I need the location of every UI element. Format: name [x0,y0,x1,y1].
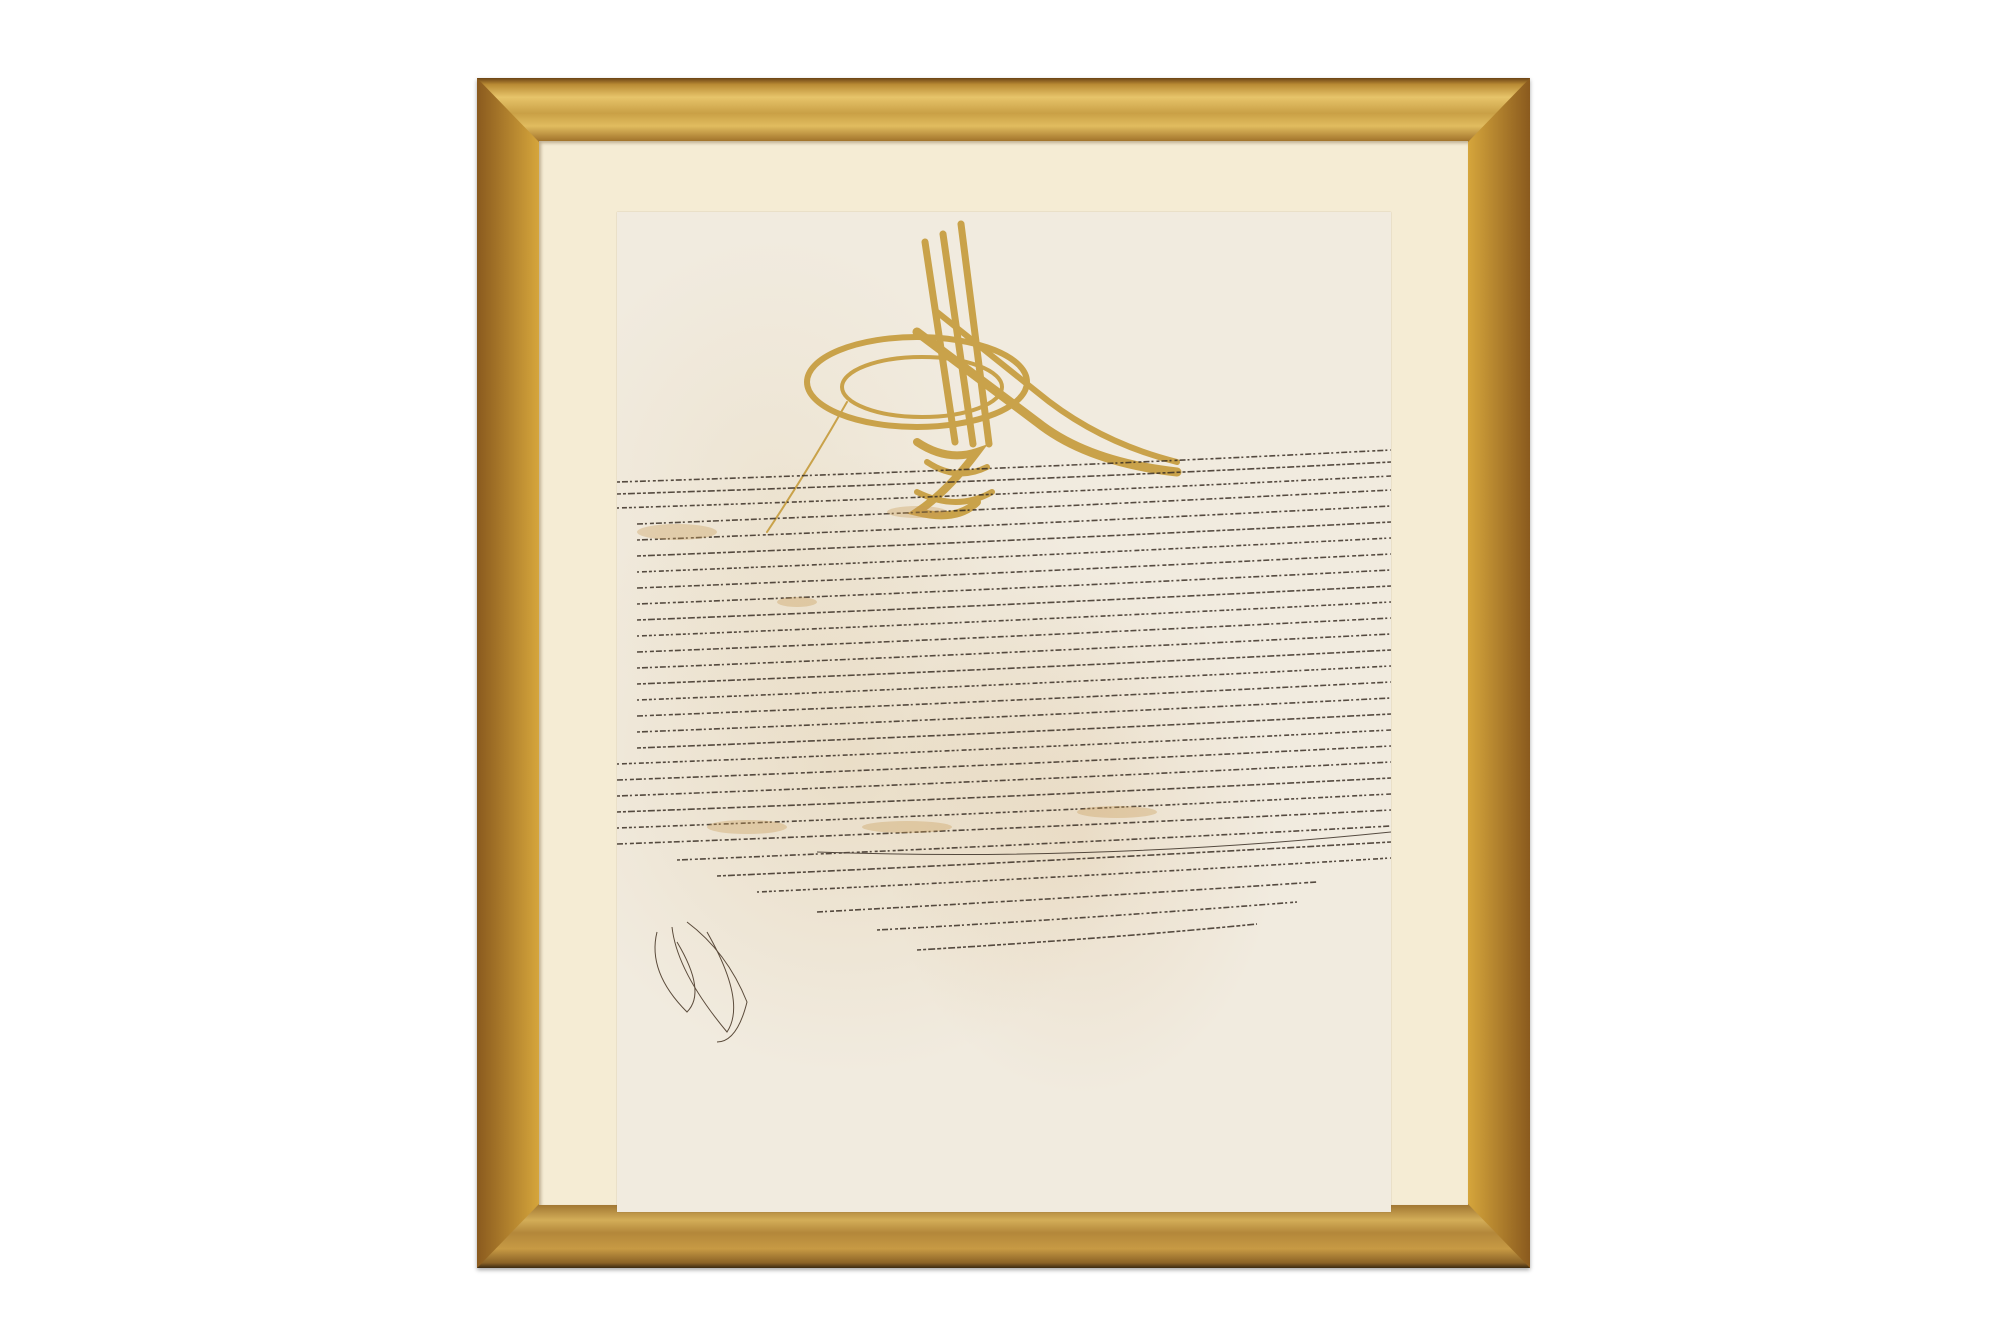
tughra-icon [767,224,1177,532]
frame-bottom-rail [477,1204,1530,1268]
manuscript-content [617,212,1391,1212]
mat-board [539,141,1468,1205]
signature-flourish-icon [655,922,747,1042]
manuscript-paper [617,212,1391,1212]
calligraphic-text-block [617,450,1391,950]
gilt-frame [477,78,1530,1268]
frame-top-rail [477,78,1530,142]
